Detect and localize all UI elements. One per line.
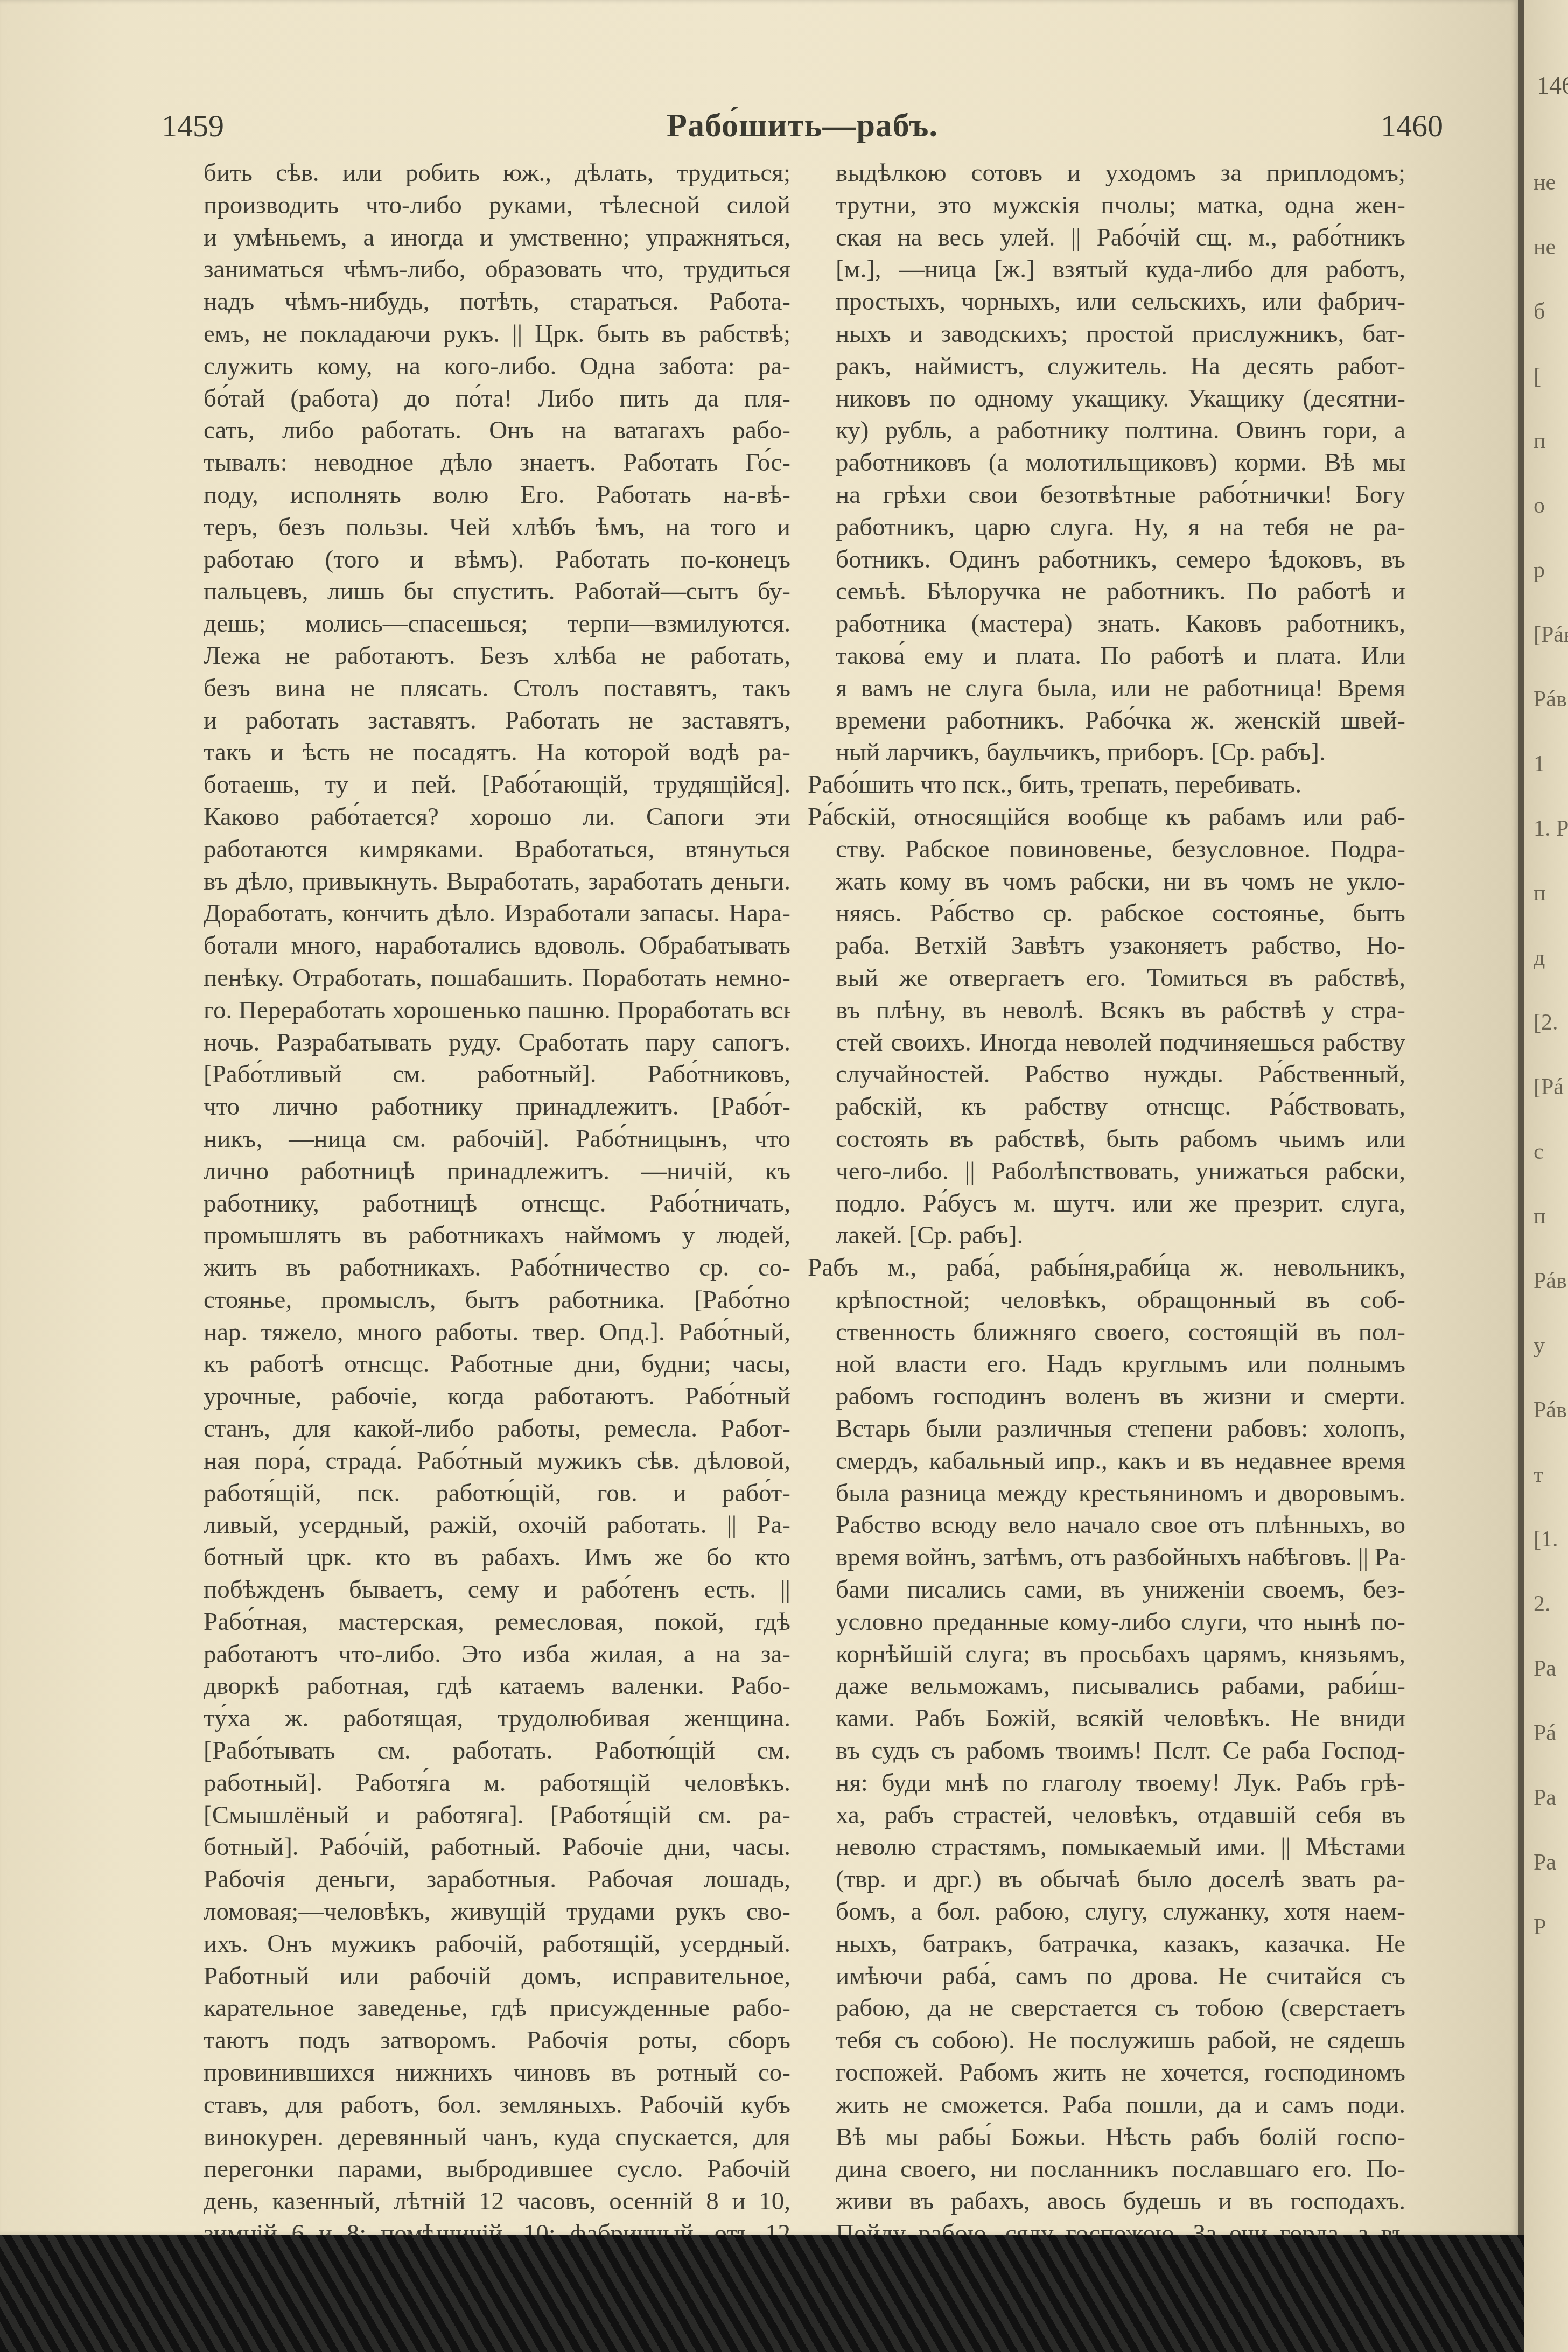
adjacent-page-fragment: [Pá (1534, 1066, 1564, 1108)
adjacent-page-fragment: Pa (1534, 1777, 1556, 1819)
text-line: ныхъ и заводскихъ; простой прислужникъ, … (808, 318, 1405, 351)
text-line: рабомъ господинъ воленъ въ жизни и смерт… (808, 1381, 1405, 1413)
text-line: ботаешь, ту и пей. [Рабо́тающій, трудящі… (204, 769, 790, 801)
text-line: чего-либо. || Раболѣпствовать, унижаться… (808, 1156, 1405, 1188)
adjacent-page-fragment: Pa (1534, 1842, 1556, 1884)
text-line: крѣпостной; человѣкъ, обращонный въ соб- (808, 1284, 1405, 1317)
text-line: ныхъ, батракъ, батрачка, казакъ, казачка… (808, 1928, 1405, 1961)
text-line: работнику, работницѣ отнсщс. Рабо́тничат… (204, 1188, 790, 1220)
text-line: ная пора́, страда́. Рабо́тный мужикъ сѣв… (204, 1445, 790, 1478)
text-line: время войнъ, затѣмъ, отъ разбойныхъ набѣ… (808, 1542, 1405, 1574)
text-line: сать, либо работать. Онъ на ватагахъ раб… (204, 415, 790, 447)
text-line: ботали много, наработались вдоволь. Обра… (204, 930, 790, 962)
adjacent-page-fragment: [Páв (1534, 614, 1568, 656)
adjacent-page-edge: 1461 ненеб[пор[PáвPáв11. Pпд[2.[PáспPáву… (1524, 0, 1568, 2352)
text-line: производить что-либо руками, тѣлесной си… (204, 190, 790, 222)
text-line: на грѣхи свои безотвѣтные рабо́тнички! Б… (808, 479, 1405, 512)
text-line: заниматься чѣмъ-либо, образовать что, тр… (204, 254, 790, 286)
scanner-background (0, 2235, 1524, 2352)
text-line: ками. Рабъ Божій, всякій человѣкъ. Не вн… (808, 1703, 1405, 1735)
adjacent-page-fragment: Pa (1534, 1648, 1556, 1690)
text-line: условно преданные кому-либо слуги, что н… (808, 1606, 1405, 1639)
text-line: неволю страстямъ, помыкаемый ими. || Мѣс… (808, 1831, 1405, 1864)
dictionary-page: 1459 Рабо́шить—рабъ. 1460 бить сѣв. или … (0, 0, 1518, 2235)
text-line: емъ, не покладаючи рукъ. || Црк. быть въ… (204, 318, 790, 351)
text-line: день, казенный, лѣтній 12 часовъ, осенні… (204, 2186, 790, 2218)
text-line: жать кому въ чомъ рабски, ни въ чомъ не … (808, 866, 1405, 898)
adjacent-page-fragment: [1. (1534, 1518, 1558, 1560)
text-line: ботный црк. кто въ рабахъ. Имъ же бо кто (204, 1542, 790, 1574)
entry-headword-line: Рабъ м., раба́, рабы́ня,раби́ца ж. невол… (808, 1252, 1405, 1284)
text-line: была разница между крестьяниномъ и дворо… (808, 1478, 1405, 1510)
text-line: я вамъ не слуга была, или не работница! … (808, 673, 1405, 705)
adjacent-page-fragment: р (1534, 549, 1545, 591)
text-line: въ плѣну, въ неволѣ. Всякъ въ рабствѣ у … (808, 995, 1405, 1027)
adjacent-page-fragment: п (1534, 420, 1545, 462)
text-line: стоянье, промыслъ, бытъ работника. [Рабо… (204, 1284, 790, 1317)
adjacent-page-fragment: 1. P (1534, 808, 1568, 850)
text-line: лакей. [Ср. рабъ]. (808, 1220, 1405, 1252)
adjacent-page-fragment: 1 (1534, 743, 1545, 785)
text-line: работникъ, царю слуга. Ну, я на тебя не … (808, 512, 1405, 544)
text-line: Каково рабо́тается? хорошо ли. Сапоги эт… (204, 801, 790, 834)
text-line: къ работѣ отнсщс. Работные дни, будни; ч… (204, 1348, 790, 1381)
text-line: трутни, это мужскія пчолы; матка, одна ж… (808, 190, 1405, 222)
text-line: работаю (того и вѣмъ). Работать по-конец… (204, 544, 790, 576)
text-line: бомъ, а бол. рабою, слугу, служанку, хот… (808, 1896, 1405, 1928)
text-line: и умѣньемъ, а иногда и умственно; упражн… (204, 222, 790, 254)
text-line: ливый, усердный, ражій, охочій работать.… (204, 1509, 790, 1542)
page-header: 1459 Рабо́шить—рабъ. 1460 (162, 102, 1443, 145)
text-line: [Рабо́тливый см. работный]. Рабо́тниковъ… (204, 1059, 790, 1091)
adjacent-page-fragment: т (1534, 1454, 1543, 1496)
adjacent-page-fragment: Páв (1534, 678, 1567, 720)
text-line: вый же отвергаетъ его. Томиться въ рабст… (808, 962, 1405, 995)
text-line: такъ и ѣсть не посадятъ. На которой водѣ… (204, 737, 790, 769)
adjacent-page-fragment: 2. (1534, 1583, 1551, 1625)
text-line: раба. Ветхій Завѣтъ узаконяетъ рабство, … (808, 930, 1405, 962)
adjacent-page-fragment: Páв (1534, 1389, 1567, 1431)
text-line: теръ, безъ пользы. Чей хлѣбъ ѣмъ, на тог… (204, 512, 790, 544)
text-line: ракъ, наймистъ, служитель. На десять раб… (808, 351, 1405, 383)
text-line: рабою, да не сверстается съ тобою (сверс… (808, 1992, 1405, 2025)
text-line: выдѣлкою сотовъ и уходомъ за приплодомъ; (808, 157, 1405, 190)
text-line: нар. тяжело, много работы. твер. Опд.]. … (204, 1317, 790, 1349)
adjacent-page-fragment: P (1534, 1906, 1546, 1948)
text-line: времени работникъ. Рабо́чка ж. женскій ш… (808, 705, 1405, 737)
text-line: даже вельможамъ, писывались рабами, раби… (808, 1670, 1405, 1703)
text-line: безъ вина не плясать. Столъ поставятъ, т… (204, 673, 790, 705)
text-line: въ дѣло, привыкнуть. Выработать, заработ… (204, 866, 790, 898)
text-line: тывалъ: неводное дѣло знаетъ. Работать Г… (204, 447, 790, 479)
text-line: семьѣ. Бѣлоручка не работникъ. По работѣ… (808, 576, 1405, 608)
text-line: жить въ работникахъ. Рабо́тничество ср. … (204, 1252, 790, 1284)
adjacent-page-fragment: д (1534, 937, 1545, 979)
text-line: надъ чѣмъ-нибудь, потѣть, стараться. Раб… (204, 286, 790, 318)
text-line: ночь. Разрабатывать руду. Сработать пару… (204, 1027, 790, 1059)
text-line: промышлять въ работникахъ наймомъ у люде… (204, 1220, 790, 1252)
text-line: дворкѣ работная, гдѣ катаемъ валенки. Ра… (204, 1670, 790, 1703)
adjacent-page-fragment: [2. (1534, 1002, 1558, 1044)
text-line: ной власти его. Надъ круглымъ или полным… (808, 1348, 1405, 1381)
text-line: ставъ, для работъ, бол. земляныхъ. Рабоч… (204, 2089, 790, 2122)
text-line: Встарь были различныя степени рабовъ: хо… (808, 1413, 1405, 1445)
text-line: работаются кимряками. Вработаться, втяну… (204, 834, 790, 866)
adjacent-page-fragment: не (1534, 226, 1556, 268)
text-line: ту́ха ж. работящая, трудолюбивая женщина… (204, 1703, 790, 1735)
text-line: подло. Ра́бусъ м. шутч. или же презрит. … (808, 1188, 1405, 1220)
text-line: Рабочія деньги, заработныя. Рабочая лоша… (204, 1864, 790, 1896)
text-line: имѣючи раба́, самъ по дрова. Не считайся… (808, 1961, 1405, 1993)
text-line: состоять въ рабствѣ, быть рабомъ чьимъ и… (808, 1123, 1405, 1156)
text-line: работя́щій, пск. работю́щій, гов. и рабо… (204, 1478, 790, 1510)
text-line: ломовая;—человѣкъ, живущій трудами рукъ … (204, 1896, 790, 1928)
text-line: карательное заведенье, гдѣ присужденные … (204, 1992, 790, 2025)
text-line: побѣжденъ бываетъ, сему и рабо́тенъ есть… (204, 1574, 790, 1606)
adjacent-page-fragment: Páв (1534, 1260, 1567, 1302)
text-line: урочные, рабочіе, когда работаютъ. Рабо́… (204, 1381, 790, 1413)
page-number-right: 1460 (1381, 108, 1443, 144)
text-line: бить сѣв. или робить юж., дѣлать, трудит… (204, 157, 790, 190)
entry-headword-line: Ра́бскій, относящійся вообще къ рабамъ и… (808, 801, 1405, 834)
text-line: и работать заставятъ. Работать не застав… (204, 705, 790, 737)
text-line: въ судъ съ рабомъ твоимъ! Пслт. Се раба … (808, 1735, 1405, 1767)
text-line: станъ, для какой-либо работы, ремесла. Р… (204, 1413, 790, 1445)
right-text-column: выдѣлкою сотовъ и уходомъ за приплодомъ;… (808, 157, 1405, 2283)
entry-headword-line: Рабо́шить что пск., бить, трепать, переб… (808, 769, 1405, 801)
text-line: ботникъ. Одинъ работникъ, семеро ѣдоковъ… (808, 544, 1405, 576)
text-line: ская на весь улей. || Рабо́чій сщ. м., р… (808, 222, 1405, 254)
adjacent-page-fragment: у (1534, 1325, 1545, 1367)
text-line: работниковъ (а молотильщиковъ) корми. Вѣ… (808, 447, 1405, 479)
text-line: ха, рабъ страстей, человѣкъ, отдавшій се… (808, 1800, 1405, 1832)
text-line: тебя съ собою). Не послужишь рабой, не с… (808, 2025, 1405, 2057)
text-line: никовъ по одному укащику. Укащику (десят… (808, 383, 1405, 415)
text-line: Рабство всюду вело начало свое отъ плѣнн… (808, 1509, 1405, 1542)
text-line: поду, исполнять волю Его. Работать на-вѣ… (204, 479, 790, 512)
text-line: ботный]. Рабо́чій, работный. Рабочіе дни… (204, 1831, 790, 1864)
text-line: ихъ. Онъ мужикъ рабочій, работящій, усер… (204, 1928, 790, 1961)
text-line: (твр. и дрг.) въ обычаѣ было доселѣ зват… (808, 1864, 1405, 1896)
text-line: стей своихъ. Иногда неволей подчиняешься… (808, 1027, 1405, 1059)
text-line: простыхъ, чорныхъ, или сельскихъ, или фа… (808, 286, 1405, 318)
adjacent-page-fragment: п (1534, 872, 1545, 914)
text-line: жить не сможется. Раба пошли, да и самъ … (808, 2089, 1405, 2122)
text-line: пальцевъ, лишь бы спустить. Работай—сытъ… (204, 576, 790, 608)
text-line: служить кому, на кого-либо. Одна забота:… (204, 351, 790, 383)
text-line: что лично работнику принадлежитъ. [Рабо́… (204, 1091, 790, 1123)
adjacent-page-fragment: Pá (1534, 1712, 1556, 1754)
text-line: случайностей. Рабство нужды. Ра́бственны… (808, 1059, 1405, 1091)
text-line: работника (мастера) знать. Каковъ работн… (808, 608, 1405, 640)
text-line: перегонки парами, выбродившее сусло. Раб… (204, 2153, 790, 2186)
text-line: работный]. Работя́га м. работящій человѣ… (204, 1767, 790, 1800)
adjacent-page-fragment: п (1534, 1195, 1545, 1237)
text-line: Рабо́тная, мастерская, ремесловая, покой… (204, 1606, 790, 1639)
text-line: ственность ближняго своего, состоящій въ… (808, 1317, 1405, 1349)
running-head: Рабо́шить—рабъ. (162, 107, 1443, 145)
text-line: пенѣку. Отработать, пошабашить. Поработа… (204, 962, 790, 995)
text-line: корнѣйшій слуга; въ просьбахъ царямъ, кн… (808, 1639, 1405, 1671)
text-line: дешь; молись—спасешься; терпи—взмилуются… (204, 608, 790, 640)
text-line: дина своего, ни посланникъ пославшаго ег… (808, 2153, 1405, 2186)
text-line: Лежа не работаютъ. Безъ хлѣба не работат… (204, 640, 790, 673)
text-line: лично работницѣ принадлежитъ. —ничій, къ (204, 1156, 790, 1188)
adjacent-page-fragment: не (1534, 162, 1556, 204)
text-line: провинившихся нижнихъ чиновъ въ ротный с… (204, 2057, 790, 2089)
text-line: таютъ подъ затворомъ. Рабочія роты, сбор… (204, 2025, 790, 2057)
adjacent-page-fragment: о (1534, 485, 1545, 527)
text-line: бами писались сами, въ униженіи своемъ, … (808, 1574, 1405, 1606)
text-line: Вѣ мы рабы́ Божьи. Нѣсть рабъ болій госп… (808, 2122, 1405, 2154)
text-line: госпожей. Рабомъ жить не хочется, господ… (808, 2057, 1405, 2089)
text-line: го. Переработать хорошенько пашню. Прора… (204, 995, 790, 1027)
text-line: ку) рубль, а работнику полтина. Овинъ го… (808, 415, 1405, 447)
adjacent-page-fragment: [ (1534, 355, 1541, 397)
book-gutter (1518, 0, 1524, 2235)
text-line: никъ, —ница см. рабочій]. Рабо́тницынъ, … (204, 1123, 790, 1156)
adjacent-page-number: 1461 (1537, 65, 1568, 107)
text-line: винокурен. деревянный чанъ, куда спускае… (204, 2122, 790, 2154)
text-line: Доработать, кончить дѣло. Изработали зап… (204, 898, 790, 930)
adjacent-page-fragment: с (1534, 1131, 1544, 1173)
text-line: [м.], —ница [ж.] взятый куда-либо для ра… (808, 254, 1405, 286)
text-line: ный ларчикъ, баульчикъ, приборъ. [Ср. ра… (808, 737, 1405, 769)
text-line: рабскій, къ рабству отнсщс. Ра́бствовать… (808, 1091, 1405, 1123)
text-line: Работный или рабочій домъ, исправительно… (204, 1961, 790, 1993)
text-line: ству. Рабское повиновенье, безусловное. … (808, 834, 1405, 866)
text-line: бо́тай (работа) до по́та! Либо пить да п… (204, 383, 790, 415)
text-line: ня: буди мнѣ по глаголу твоему! Лук. Раб… (808, 1767, 1405, 1800)
left-text-column: бить сѣв. или робить юж., дѣлать, трудит… (204, 157, 790, 2283)
text-line: работаютъ что-либо. Это изба жилая, а на… (204, 1639, 790, 1671)
text-line: [Смышлёный и работяга]. [Работя́щій см. … (204, 1800, 790, 1832)
adjacent-page-fragment: б (1534, 291, 1545, 333)
text-line: такова́ ему и плата. По работѣ и плата. … (808, 640, 1405, 673)
text-line: няясь. Ра́бство ср. рабское состоянье, б… (808, 898, 1405, 930)
text-line: [Рабо́тывать см. работать. Работю́щій см… (204, 1735, 790, 1767)
text-line: смердъ, кабальный ипр., какъ и въ недавн… (808, 1445, 1405, 1478)
text-line: живи въ рабахъ, авось будешь и въ господ… (808, 2186, 1405, 2218)
